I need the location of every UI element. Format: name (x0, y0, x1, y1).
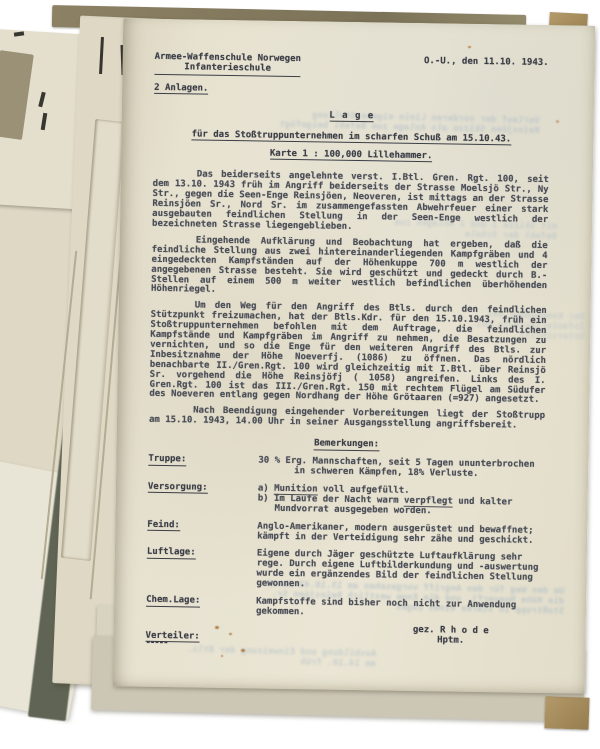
map-reference: Karte 1 : 100,000 Lillehammer. (153, 147, 549, 163)
remark-label-text: Chem.Lage: (146, 595, 200, 607)
title-lage: L a g e (154, 109, 550, 125)
paragraph: Das beiderseits angelehnte verst. I.Btl.… (152, 170, 549, 236)
signature-block: gez. R h o d e Hptm. (413, 626, 489, 654)
remark-label: Chem.Lage: (146, 596, 256, 618)
remark-row-chemlage: Chem.Lage: Kampfstoffe sind bisher noch … (146, 596, 542, 622)
paragraph: Nach Beendigung eingehender Vorbereitung… (149, 406, 545, 432)
remarks-heading-text: Bemerkungen: (314, 439, 379, 452)
rust-spot (221, 655, 223, 657)
rust-spot (229, 633, 232, 635)
remark-text: a) Munition voll aufgefüllt. b) Im Laufe… (258, 484, 544, 518)
rust-spot (556, 120, 559, 123)
remark-row-luftlage: Luftlage: Eigene durch Jäger geschützte … (146, 548, 543, 594)
rust-spot (468, 46, 471, 48)
brown-corner-tab-bottom-right (544, 696, 589, 730)
remark-text: Anglo-Amerikaner, modern ausgerüstet und… (257, 522, 543, 546)
attachments-text: 2 Anlagen. (154, 83, 208, 95)
title-subject: für das Stoßtruppunternehmen im scharfen… (153, 129, 549, 145)
remark-label: Luftlage: (146, 548, 257, 589)
remark-text: 30 % Erg. Mannschaften, seit 5 Tagen unu… (258, 457, 544, 481)
remark-label-text: Versorgung: (148, 482, 208, 494)
remark-label: Feind: (147, 520, 257, 542)
item-prefix: a) (258, 483, 274, 493)
remark-row-versorgung: Versorgung: a) Munition voll aufgefüllt.… (148, 483, 544, 519)
rust-spot (241, 649, 245, 652)
remarks-heading: Bemerkungen: (149, 437, 545, 453)
remark-item-b: b) Im Laufe der Nacht warm verpflegt und… (258, 494, 544, 518)
title-lage-text: L a g e (329, 110, 374, 122)
document-content: Armee-Waffenschule Norwegen Infanteriesc… (113, 18, 595, 693)
remark-label-text: Luftlage: (147, 547, 196, 559)
document-header: Armee-Waffenschule Norwegen Infanteriesc… (154, 53, 550, 81)
photo-background: Verlauf der vorderen Linie eigene Stellu… (0, 0, 600, 749)
letterhead: Armee-Waffenschule Norwegen Infanteriesc… (154, 53, 301, 77)
remark-label: Versorgung: (148, 483, 258, 514)
map-reference-text: Karte 1 : 100,000 Lillehammer. (270, 148, 433, 162)
distribution-list: Verteiler: ----- (145, 632, 199, 650)
paragraph: Eingehende Aufklärung und Beobachtung ha… (151, 236, 548, 302)
remark-row-truppe: Truppe: 30 % Erg. Mannschaften, seit 5 T… (148, 455, 544, 481)
remark-label: Truppe: (148, 455, 258, 477)
title-subject-text: für das Stoßtruppunternehmen im scharfen… (192, 129, 512, 146)
remark-label-text: Truppe: (148, 454, 186, 466)
signature-rank: Hptm. (413, 636, 489, 647)
remark-text: Eigene durch Jäger geschützte Luftaufklä… (256, 550, 543, 594)
attachments-note: 2 Anlagen. (154, 84, 550, 100)
document-page: Verlauf der vorderen Linie eigene Stellu… (113, 18, 595, 693)
signature-row: Verteiler: ----- gez. R h o d e Hptm. (145, 622, 541, 655)
dateline: O.-U., den 11.10. 1943. (424, 57, 549, 69)
remark-text: Kampfstoffe sind bisher noch nicht zur A… (256, 598, 542, 622)
remark-row-feind: Feind: Anglo-Amerikaner, modern ausgerüs… (147, 520, 543, 546)
paragraph: Um den Weg für den Angriff des Btls. dur… (149, 301, 547, 406)
remark-label-text: Feind: (147, 519, 180, 531)
rust-spot (215, 626, 219, 629)
